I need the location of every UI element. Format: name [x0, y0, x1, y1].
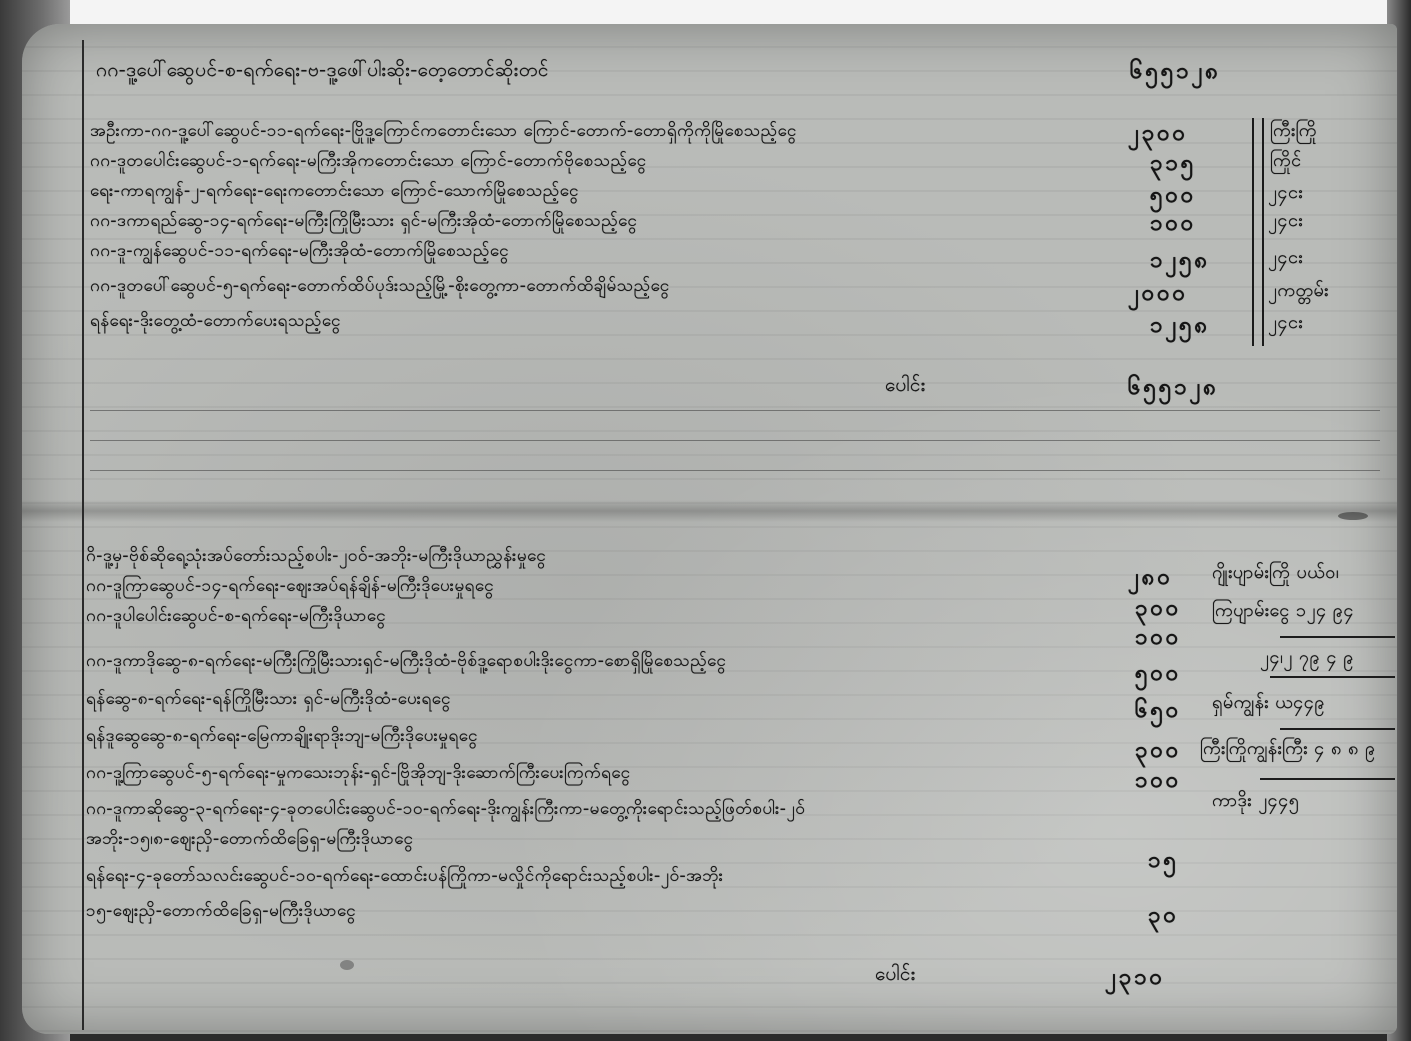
- margin-note: ကြီးကြို: [1270, 118, 1317, 145]
- entry-amount: ၁၀၀: [1135, 622, 1181, 655]
- ink-blot: [340, 960, 354, 970]
- entry-amount: ၅၀၀: [1135, 658, 1181, 691]
- ledger-entry: ရန်ဆွေ-၈-ရက်ရေး-ရန်ကြိုမြီးသား ရှင်-မကြီ…: [86, 688, 451, 713]
- section-2-total-label: ပေါင်း: [875, 962, 916, 990]
- entry-amount: ၁၂၅၈: [1150, 310, 1210, 343]
- entry-amount: ၂၈၀: [1128, 562, 1173, 595]
- ruled-line: [90, 470, 1380, 471]
- header-total: ၆၅၅၁၂၈: [1130, 56, 1221, 89]
- entry-amount: ၁၀၀: [1150, 208, 1196, 241]
- ledger-entry: ရန်ရေး-ဒိုးတွေ့ထံ-တောက်ပေးရသည့်ငွေ: [90, 310, 341, 335]
- ledger-entry: ဂိ-ဒူ့မှ-ဗိုစ်ဆိုရေ့သုံးအပ်တော်းသည့်စပါး…: [86, 545, 546, 570]
- entry-amount: ၂၃၀၀: [1128, 118, 1188, 151]
- ledger-entry: ဂဂ-ဒူ-ကျွန်ဆွေပင်-၁၁-ရက်ရေး-မကြီးအိုထံ-တ…: [90, 240, 509, 265]
- ruled-line: [1280, 728, 1395, 730]
- ledger-entry: ဂဂ-ဒူကြာဆွေပင်-၁၄-ရက်ရေး-ဈေးအပ်ရန်ချိန်-…: [86, 575, 494, 600]
- ledger-entry: ၁၅-ဈေးညှိ-တောက်ထိခြေရှ-မကြီးဒိုယာငွေ: [86, 900, 356, 925]
- entry-amount: ၁၂၅၈: [1150, 245, 1210, 278]
- ledger-entry: ဂဂ-ဒကာရည်ဆွေ-၁၄-ရက်ရေး-မကြီးကြိုမြီးသား …: [90, 210, 637, 235]
- ruled-line: [1280, 636, 1395, 638]
- ledger-entry: ရန်ရေး-၄-ခုတော်သလင်းဆွေပင်-၁၀-ရက်ရေး-ထော…: [86, 865, 723, 890]
- ledger-entry: ဂဂ-ဒူကာဒိုဆွေ-၈-ရက်ရေး-မကြီးကြိုမြီးသားရ…: [86, 650, 726, 675]
- margin-note: ရှမ်ကျွန်း ယ၄၄၉: [1212, 690, 1325, 717]
- margin-note: ၂၄ငး: [1268, 310, 1303, 337]
- ruled-line: [90, 440, 1380, 441]
- page-fold: [22, 500, 1397, 522]
- header-entry: ဂဂ-ဒူ့ပေါ်ဆွေပင်-စ-ရက်ရေး-ဗ-ဒူ့ဖေါ်ပါးဆိ…: [96, 58, 549, 86]
- margin-note: ကြပျာမ်းငွေ ၁၂၄ ၉၄: [1212, 598, 1354, 625]
- ledger-entry: ဂဂ-ဒူတပေါ်ဆွေပင်-၅-ရက်ရေး-တောက်ထိပ်ပုဒ်း…: [90, 275, 670, 300]
- margin-note: ၂၄ငး: [1268, 208, 1303, 235]
- entry-amount: ၁၀၀: [1135, 765, 1181, 798]
- section-2-total: ၂၃၁၀: [1105, 962, 1165, 995]
- section-1-total-label: ပေါင်း: [885, 373, 926, 401]
- ledger-entry: ဂဂ-ဒူကာဆိုဆွေ-၃-ရက်ရေး-၄-ခုတပေါင်းဆွေပင်…: [86, 798, 805, 823]
- entry-amount: ၁၅: [1148, 845, 1179, 878]
- left-margin-rule: [82, 40, 84, 1030]
- margin-note: ၂၄ငး: [1268, 180, 1303, 207]
- ledger-entry: ဂဂ-ဒူပါပေါင်းဆွေပင်-စ-ရက်ရေး-မကြီးဒိုယာင…: [86, 605, 386, 630]
- ink-blot: [1338, 512, 1368, 520]
- ledger-entry: ရန်ဒူဆွေဆွေ-၈-ရက်ရေး-မြေကာချိုးရာဒိုးဘျ-…: [86, 725, 478, 750]
- margin-bracket: [1262, 118, 1264, 346]
- ruled-line: [90, 410, 1380, 411]
- margin-note: ကာဒိုး ၂၄၄၅: [1212, 788, 1299, 815]
- ledger-entry: ဂဂ-ဒူတပေါင်းဆွေပင်-၁-ရက်ရေး-မကြီးအိုကတော…: [90, 150, 647, 175]
- margin-note: ကြိုင်: [1270, 148, 1302, 175]
- entry-amount: ၃၁၅: [1150, 148, 1196, 181]
- ruled-line: [1260, 778, 1395, 780]
- margin-note: ၂၄၊၂ ၇၉ ၄ ၉: [1260, 645, 1354, 672]
- margin-note: ကြီးကြိုကျွန်းကြီး ၄ ၈ ၈ ၉: [1200, 736, 1376, 763]
- margin-note: ၂၄ငး: [1268, 245, 1303, 272]
- ledger-entry: ရေး-ကာရကျွန်-၂-ရက်ရေး-ရေးကတောင်းသော ကြော…: [90, 180, 579, 205]
- entry-amount: ၃၀၀: [1135, 735, 1181, 768]
- entry-amount: ၃၀: [1148, 900, 1179, 933]
- entry-amount: ၆၅၀: [1135, 695, 1181, 728]
- entry-amount: ၂၀၀၀: [1128, 278, 1188, 311]
- ledger-entry: အဦးကာ-ဂဂ-ဒူ့ပေါ်ဆွေပင်-၁၁-ရက်ရေး-ဗြိုဒူ့…: [90, 120, 797, 145]
- ledger-entry: အဘိုး-၁၅၊၈-ဈေးညှိ-တောက်ထိခြေရှ-မကြီးဒိုယ…: [86, 828, 413, 853]
- ledger-entry: ဂဂ-ဒူ့ကြာဆွေပင်-၅-ရက်ရေး-မှုကသေးဘုန်း-ရှ…: [86, 762, 631, 787]
- margin-bracket: [1252, 118, 1254, 346]
- margin-note: ဂျိုးပျာမ်းကြို ပယ်ဝ၊: [1212, 560, 1339, 587]
- margin-note: ၂ကတ္တမ်း: [1268, 278, 1329, 305]
- ruled-line: [1270, 676, 1395, 678]
- section-1-total: ၆၅၅၁၂၈: [1128, 372, 1219, 405]
